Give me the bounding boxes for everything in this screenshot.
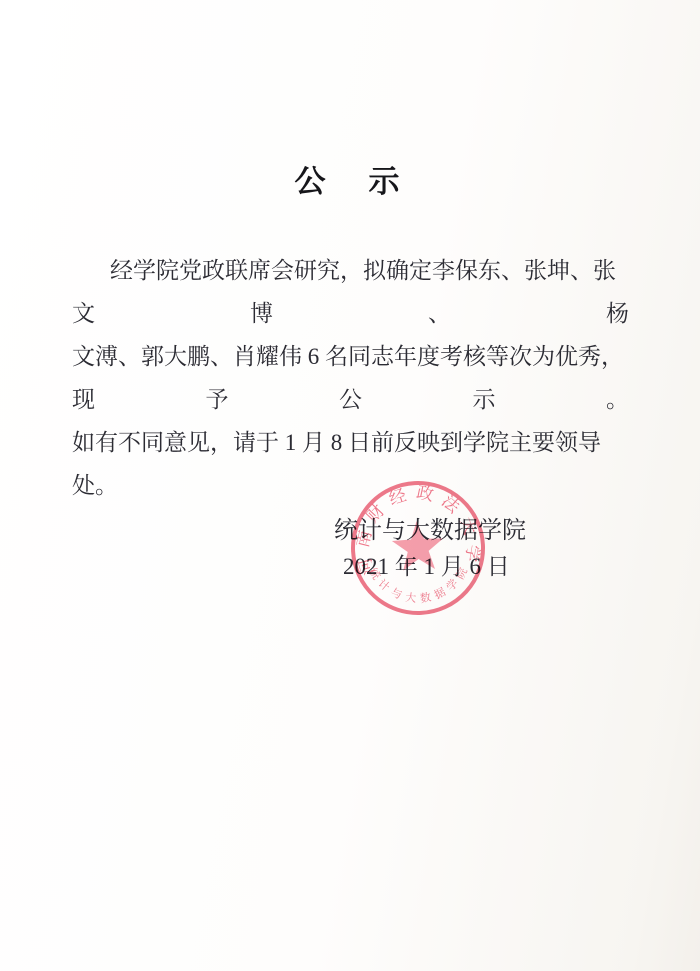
seal-star-icon bbox=[391, 520, 445, 571]
body-line-1: 经学院党政联席会研究，拟确定李保东、张坤、张文博、杨 bbox=[72, 249, 629, 335]
notice-body: 经学院党政联席会研究，拟确定李保东、张坤、张文博、杨 文溥、郭大鹏、肖耀伟 6 … bbox=[72, 249, 629, 507]
notice-document: 公 示 经学院党政联席会研究，拟确定李保东、张坤、张文博、杨 文溥、郭大鹏、肖耀… bbox=[0, 0, 700, 971]
seal-graphic: 河南财经政法大学 统计与大数据学院 bbox=[344, 474, 491, 621]
official-seal: 河南财经政法大学 统计与大数据学院 bbox=[344, 474, 491, 621]
body-line-2: 文溥、郭大鹏、肖耀伟 6 名同志年度考核等次为优秀，现予公示。 bbox=[72, 335, 629, 421]
notice-title: 公 示 bbox=[0, 156, 700, 201]
